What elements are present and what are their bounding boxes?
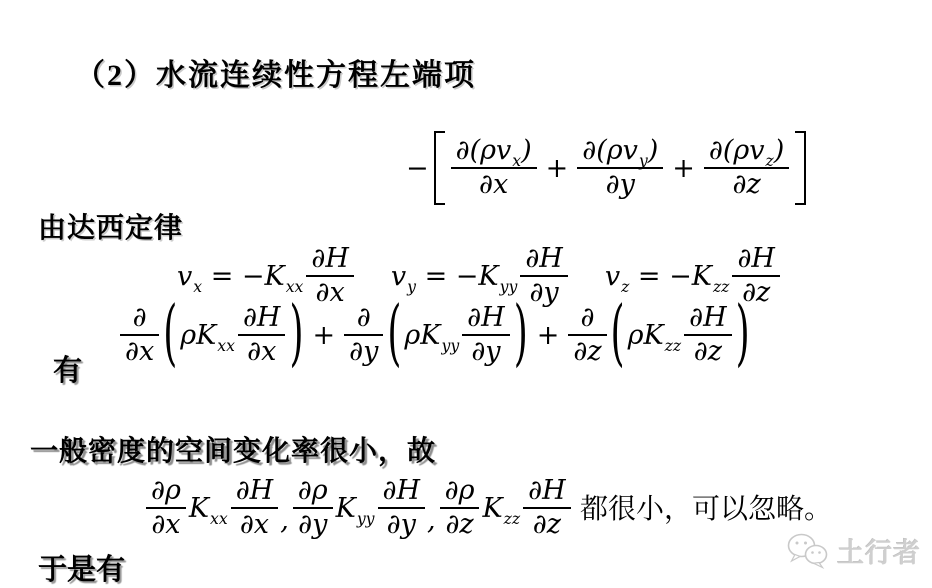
continuity-term-x: ∂(ρvx) ∂x bbox=[451, 136, 537, 199]
denominator: ∂x bbox=[146, 509, 185, 540]
head-derivative: ∂H ∂z bbox=[523, 476, 571, 539]
darcy-law-intro: 由达西定律 bbox=[38, 206, 183, 246]
equation-lhs: vz = −Kzz bbox=[605, 261, 730, 292]
divergence-term-y: ∂ ∂y ( ρKyy ∂H ∂y ) bbox=[342, 303, 530, 366]
right-paren: ) bbox=[736, 299, 750, 371]
numerator: ∂H bbox=[520, 244, 568, 275]
equation-lhs: vy = −Kyy bbox=[391, 261, 517, 292]
numerator: ∂H bbox=[684, 303, 732, 334]
wechat-eye bbox=[804, 542, 807, 545]
numerator: ∂ bbox=[128, 303, 152, 334]
coefficient: ρKzz bbox=[628, 320, 682, 351]
rho-derivative: ∂ρ ∂x bbox=[146, 476, 186, 539]
wechat-icon bbox=[786, 532, 830, 569]
numerator: ∂ρ bbox=[293, 476, 333, 507]
outer-derivative: ∂ ∂y bbox=[344, 303, 383, 366]
comma: , bbox=[427, 505, 436, 536]
right-square-bracket-icon bbox=[795, 131, 806, 205]
coefficient: Kxx bbox=[189, 493, 228, 524]
comma: , bbox=[280, 505, 289, 536]
continuity-flux-formula: − ∂(ρvx) ∂x + ∂(ρvy) ∂y + ∂(ρvz) ∂z bbox=[405, 130, 810, 206]
gradient-term-z: ∂ρ ∂z Kzz ∂H ∂z bbox=[438, 476, 573, 539]
numerator: ∂ρ bbox=[440, 476, 480, 507]
denominator: ∂y bbox=[466, 336, 505, 367]
head-derivative: ∂H ∂x bbox=[231, 476, 279, 539]
denominator: ∂z bbox=[528, 509, 566, 540]
density-note: 一般密度的空间变化率很小，故 bbox=[30, 429, 436, 469]
denominator: ∂y bbox=[293, 509, 332, 540]
slide-canvas: （2）水流连续性方程左端项 − ∂(ρvx) ∂x + ∂(ρvy) ∂y + … bbox=[0, 0, 932, 588]
outer-derivative: ∂ ∂z bbox=[568, 303, 606, 366]
coefficient: Kzz bbox=[482, 493, 520, 524]
wechat-eye bbox=[818, 551, 821, 554]
denominator: ∂y bbox=[601, 169, 640, 200]
negligible-note: 都很小，可以忽略。 bbox=[580, 487, 832, 527]
wechat-eye bbox=[796, 542, 799, 545]
left-paren: ( bbox=[611, 299, 625, 371]
inner-derivative: ∂H ∂x bbox=[238, 303, 286, 366]
right-paren: ) bbox=[289, 299, 303, 371]
denominator: ∂z bbox=[689, 336, 727, 367]
coefficient: ρKyy bbox=[404, 320, 459, 351]
denominator: ∂x bbox=[235, 509, 274, 540]
denominator: ∂y bbox=[382, 509, 421, 540]
left-paren: ( bbox=[163, 299, 177, 371]
denominator: ∂y bbox=[344, 336, 383, 367]
numerator: ∂(ρvy) bbox=[577, 136, 663, 167]
head-derivative: ∂H ∂y bbox=[378, 476, 426, 539]
denominator: ∂z bbox=[440, 509, 478, 540]
coefficient: ρKxx bbox=[180, 320, 235, 351]
coefficient: Kyy bbox=[336, 493, 375, 524]
plus-sign: + bbox=[313, 320, 336, 351]
numerator: ∂H bbox=[378, 476, 426, 507]
numerator: ∂H bbox=[238, 303, 286, 334]
darcy-law-equations: vx = −Kxx ∂H ∂x vy = −Kyy ∂H ∂y vz = −Kz… bbox=[176, 246, 782, 306]
continuity-term-z: ∂(ρvz) ∂z bbox=[704, 136, 789, 199]
numerator: ∂H bbox=[523, 476, 571, 507]
plus-sign: + bbox=[537, 320, 560, 351]
divergence-formula: ∂ ∂x ( ρKxx ∂H ∂x ) + ∂ ∂y ( ρKyy ∂H bbox=[118, 298, 752, 372]
slide-title: （2）水流连续性方程左端项 bbox=[75, 50, 476, 94]
numerator: ∂(ρvz) bbox=[704, 136, 789, 167]
numerator: ∂(ρvx) bbox=[451, 136, 537, 167]
continuity-term-y: ∂(ρvy) ∂y bbox=[577, 136, 663, 199]
minus-sign: − bbox=[406, 153, 429, 184]
denominator: ∂z bbox=[728, 169, 766, 200]
right-paren: ) bbox=[514, 299, 528, 371]
gradient-term-y: ∂ρ ∂y Kyy ∂H ∂y bbox=[291, 476, 427, 539]
numerator: ∂H bbox=[306, 244, 354, 275]
gradient-term-x: ∂ρ ∂x Kxx ∂H ∂x bbox=[144, 476, 280, 539]
outer-derivative: ∂ ∂x bbox=[120, 303, 159, 366]
thus-label: 于是有 bbox=[38, 547, 125, 588]
rho-derivative: ∂ρ ∂z bbox=[440, 476, 480, 539]
plus-sign: + bbox=[546, 153, 569, 184]
equation-lhs: vx = −Kxx bbox=[177, 261, 303, 292]
denominator: ∂x bbox=[474, 169, 513, 200]
numerator: ∂ bbox=[352, 303, 376, 334]
wechat-small-bubble bbox=[806, 546, 827, 564]
watermark: 土行者 bbox=[786, 531, 921, 570]
left-square-bracket-icon bbox=[434, 131, 445, 205]
watermark-text: 土行者 bbox=[837, 531, 921, 570]
plus-sign: + bbox=[672, 153, 695, 184]
divergence-term-z: ∂ ∂z ( ρKzz ∂H ∂z ) bbox=[566, 303, 751, 366]
denominator: ∂z bbox=[568, 336, 606, 367]
numerator: ∂ρ bbox=[146, 476, 186, 507]
inner-derivative: ∂H ∂y bbox=[462, 303, 510, 366]
wechat-big-bubble-tail bbox=[792, 555, 801, 562]
numerator: ∂H bbox=[462, 303, 510, 334]
left-paren: ( bbox=[387, 299, 401, 371]
numerator: ∂H bbox=[231, 476, 279, 507]
numerator: ∂H bbox=[732, 244, 780, 275]
wechat-eye bbox=[811, 551, 814, 554]
denominator: ∂x bbox=[242, 336, 281, 367]
gradient-product-formula: ∂ρ ∂x Kxx ∂H ∂x , ∂ρ ∂y Kyy ∂H ∂y bbox=[144, 476, 573, 540]
divergence-term-x: ∂ ∂x ( ρKxx ∂H ∂x ) bbox=[118, 303, 306, 366]
denominator: ∂x bbox=[120, 336, 159, 367]
numerator: ∂ bbox=[575, 303, 599, 334]
inner-derivative: ∂H ∂z bbox=[684, 303, 732, 366]
have-label: 有 bbox=[53, 348, 82, 389]
rho-derivative: ∂ρ ∂y bbox=[293, 476, 333, 539]
